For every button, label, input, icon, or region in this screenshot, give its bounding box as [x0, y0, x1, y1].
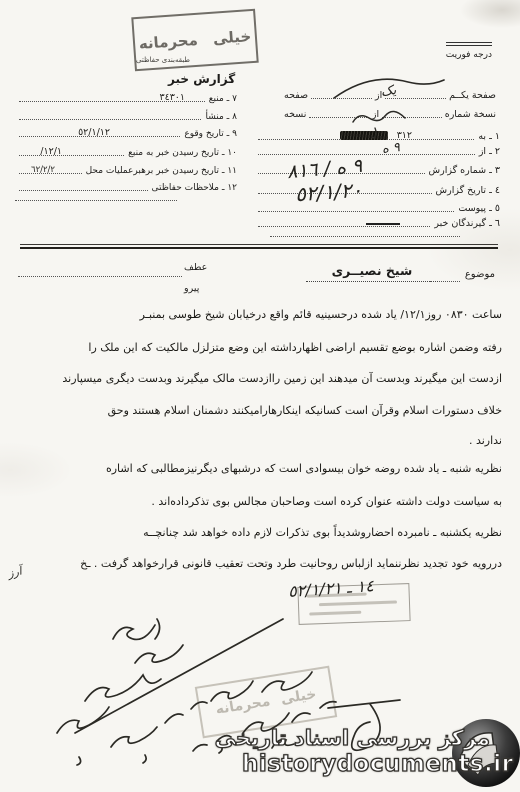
- page-line-right: صفحة یکــم: [449, 90, 496, 101]
- field-row-source: ٧ ـ منبع ٣٤٣٠١: [15, 94, 237, 104]
- field-row-recipients: ٦ ـ گیرندگان خبر: [254, 218, 500, 229]
- follow-up-label: پیرو: [184, 283, 199, 294]
- reference-label: عطف: [184, 262, 207, 273]
- body-line: نظریه یکشنبه ـ نامبرده احضاروشدیداً بوی …: [143, 526, 502, 539]
- body-line: به سیاست دولت داشته عنوان کرده است وصاحب…: [151, 495, 502, 508]
- dotted-leader: [19, 190, 148, 191]
- field-label: ٢ ـ از: [479, 146, 500, 157]
- dotted-leader: [258, 211, 454, 212]
- handwritten-margin-note: آرز: [7, 565, 23, 581]
- copy-line-right: نسخة شماره: [445, 109, 496, 120]
- dotted-leader: [258, 226, 430, 227]
- field-label: ٨ ـ منشأ: [205, 112, 237, 122]
- copy-line-left: نسخه: [284, 109, 306, 120]
- field-label: ١٠ ـ تاریخ رسیدن خبر به منبع: [128, 148, 237, 158]
- watermark-site-url: historydocuments.ir: [242, 751, 513, 777]
- watermark-org-name: مرکز بررسی اسناد تاریخی: [215, 726, 490, 750]
- field-row-date-reached-ops: ١١ ـ تاریخ رسیدن خبر برهبرعملیات محل ٦٢/…: [15, 166, 237, 176]
- field-row-report-date: ٤ ـ تاریخ گزارش ٥٢/١/٢٠: [254, 185, 500, 196]
- urgency-label: درجه فوریت: [446, 50, 492, 60]
- report-title: گزارش خبر: [168, 72, 235, 86]
- handwritten-loops: [345, 104, 415, 140]
- field-value-typed: ١٢/١/: [40, 146, 62, 157]
- field-label: ٧ ـ منبع: [209, 94, 237, 104]
- top-secret-stamp: خیلی محرمانه: [131, 9, 258, 72]
- field-value-typed: ٣٤٣٠١: [159, 92, 185, 103]
- body-line: ندارند .: [469, 434, 502, 447]
- handwritten-swoosh: [330, 68, 450, 102]
- body-line: نظریه شنبه ـ یاد شده روضه خوان بیسوادی ا…: [106, 462, 502, 475]
- field-row-report-number: ٣ ـ شماره گزارش ٩ ه / ٨١٦: [254, 165, 500, 176]
- dotted-leader: [258, 154, 475, 155]
- field-label: ٥ ـ پیوست: [458, 203, 500, 214]
- pen-dash: [366, 223, 400, 226]
- field-label: ١ ـ به: [478, 131, 500, 142]
- divider-line: [20, 247, 498, 249]
- field-row-attachment: ٥ ـ پیوست: [254, 203, 500, 214]
- field-label: ٣ ـ شماره گزارش: [429, 165, 500, 176]
- field-row-from: ٢ ـ از ٩ ه: [254, 146, 500, 157]
- field-row-security-remarks: ١٢ ـ ملاحظات حفاظتی: [15, 183, 237, 193]
- dotted-rule: [270, 236, 460, 237]
- divider-line: [20, 244, 498, 245]
- subject-value: شیخ نصیــری: [306, 263, 438, 282]
- field-label: ٤ ـ تاریخ گزارش: [436, 185, 500, 196]
- field-value-typed: ٥٢/١/١٢: [78, 127, 110, 138]
- field-row-origin: ٨ ـ منشأ: [15, 112, 237, 122]
- scanned-document-page: خیلی محرمانه طبقه‌بندی حفاظتی گزارش خبر …: [0, 0, 520, 792]
- body-line: ازدست این میگیرند وبدست آن میدهند این زم…: [62, 372, 502, 385]
- dotted-leader: [19, 119, 201, 120]
- urgency-rule: [446, 42, 492, 46]
- body-line: رفته وضمن اشاره بوضع تقسیم اراضی اظهاردا…: [88, 341, 502, 354]
- field-value-typed: ٦٢/٢/٢: [31, 165, 55, 175]
- field-label: ١٢ ـ ملاحظات حفاظتی: [152, 183, 237, 193]
- field-value-handwritten: ٩ ه: [381, 140, 400, 157]
- dotted-leader: [19, 155, 124, 156]
- subject-label: موضوع: [465, 269, 495, 280]
- field-row-date-reached-source: ١٠ ـ تاریخ رسیدن خبر به منبع ١٢/١/: [15, 148, 237, 158]
- page-line-left: صفحه: [284, 90, 308, 101]
- field-label: ٩ ـ تاریخ وقوع: [184, 129, 237, 139]
- field-label: ٦ ـ گیرندگان خبر: [434, 218, 500, 229]
- body-line: دررویه خود تجدید نظرننماید ازلباس روحانی…: [80, 557, 502, 570]
- body-line: ساعت ٠٨٣٠ روز١٢/١/ یاد شده درحسینیه قائم…: [140, 308, 502, 321]
- dotted-leader: [18, 276, 182, 277]
- field-row-occurrence-date: ٩ ـ تاریخ وقوع ٥٢/١/١٢: [15, 129, 237, 139]
- dotted-rule: [15, 200, 177, 201]
- body-line: خلاف دستورات اسلام وقرآن است کسانیکه این…: [108, 404, 502, 417]
- field-label: ١١ ـ تاریخ رسیدن خبر برهبرعملیات محل: [86, 166, 237, 176]
